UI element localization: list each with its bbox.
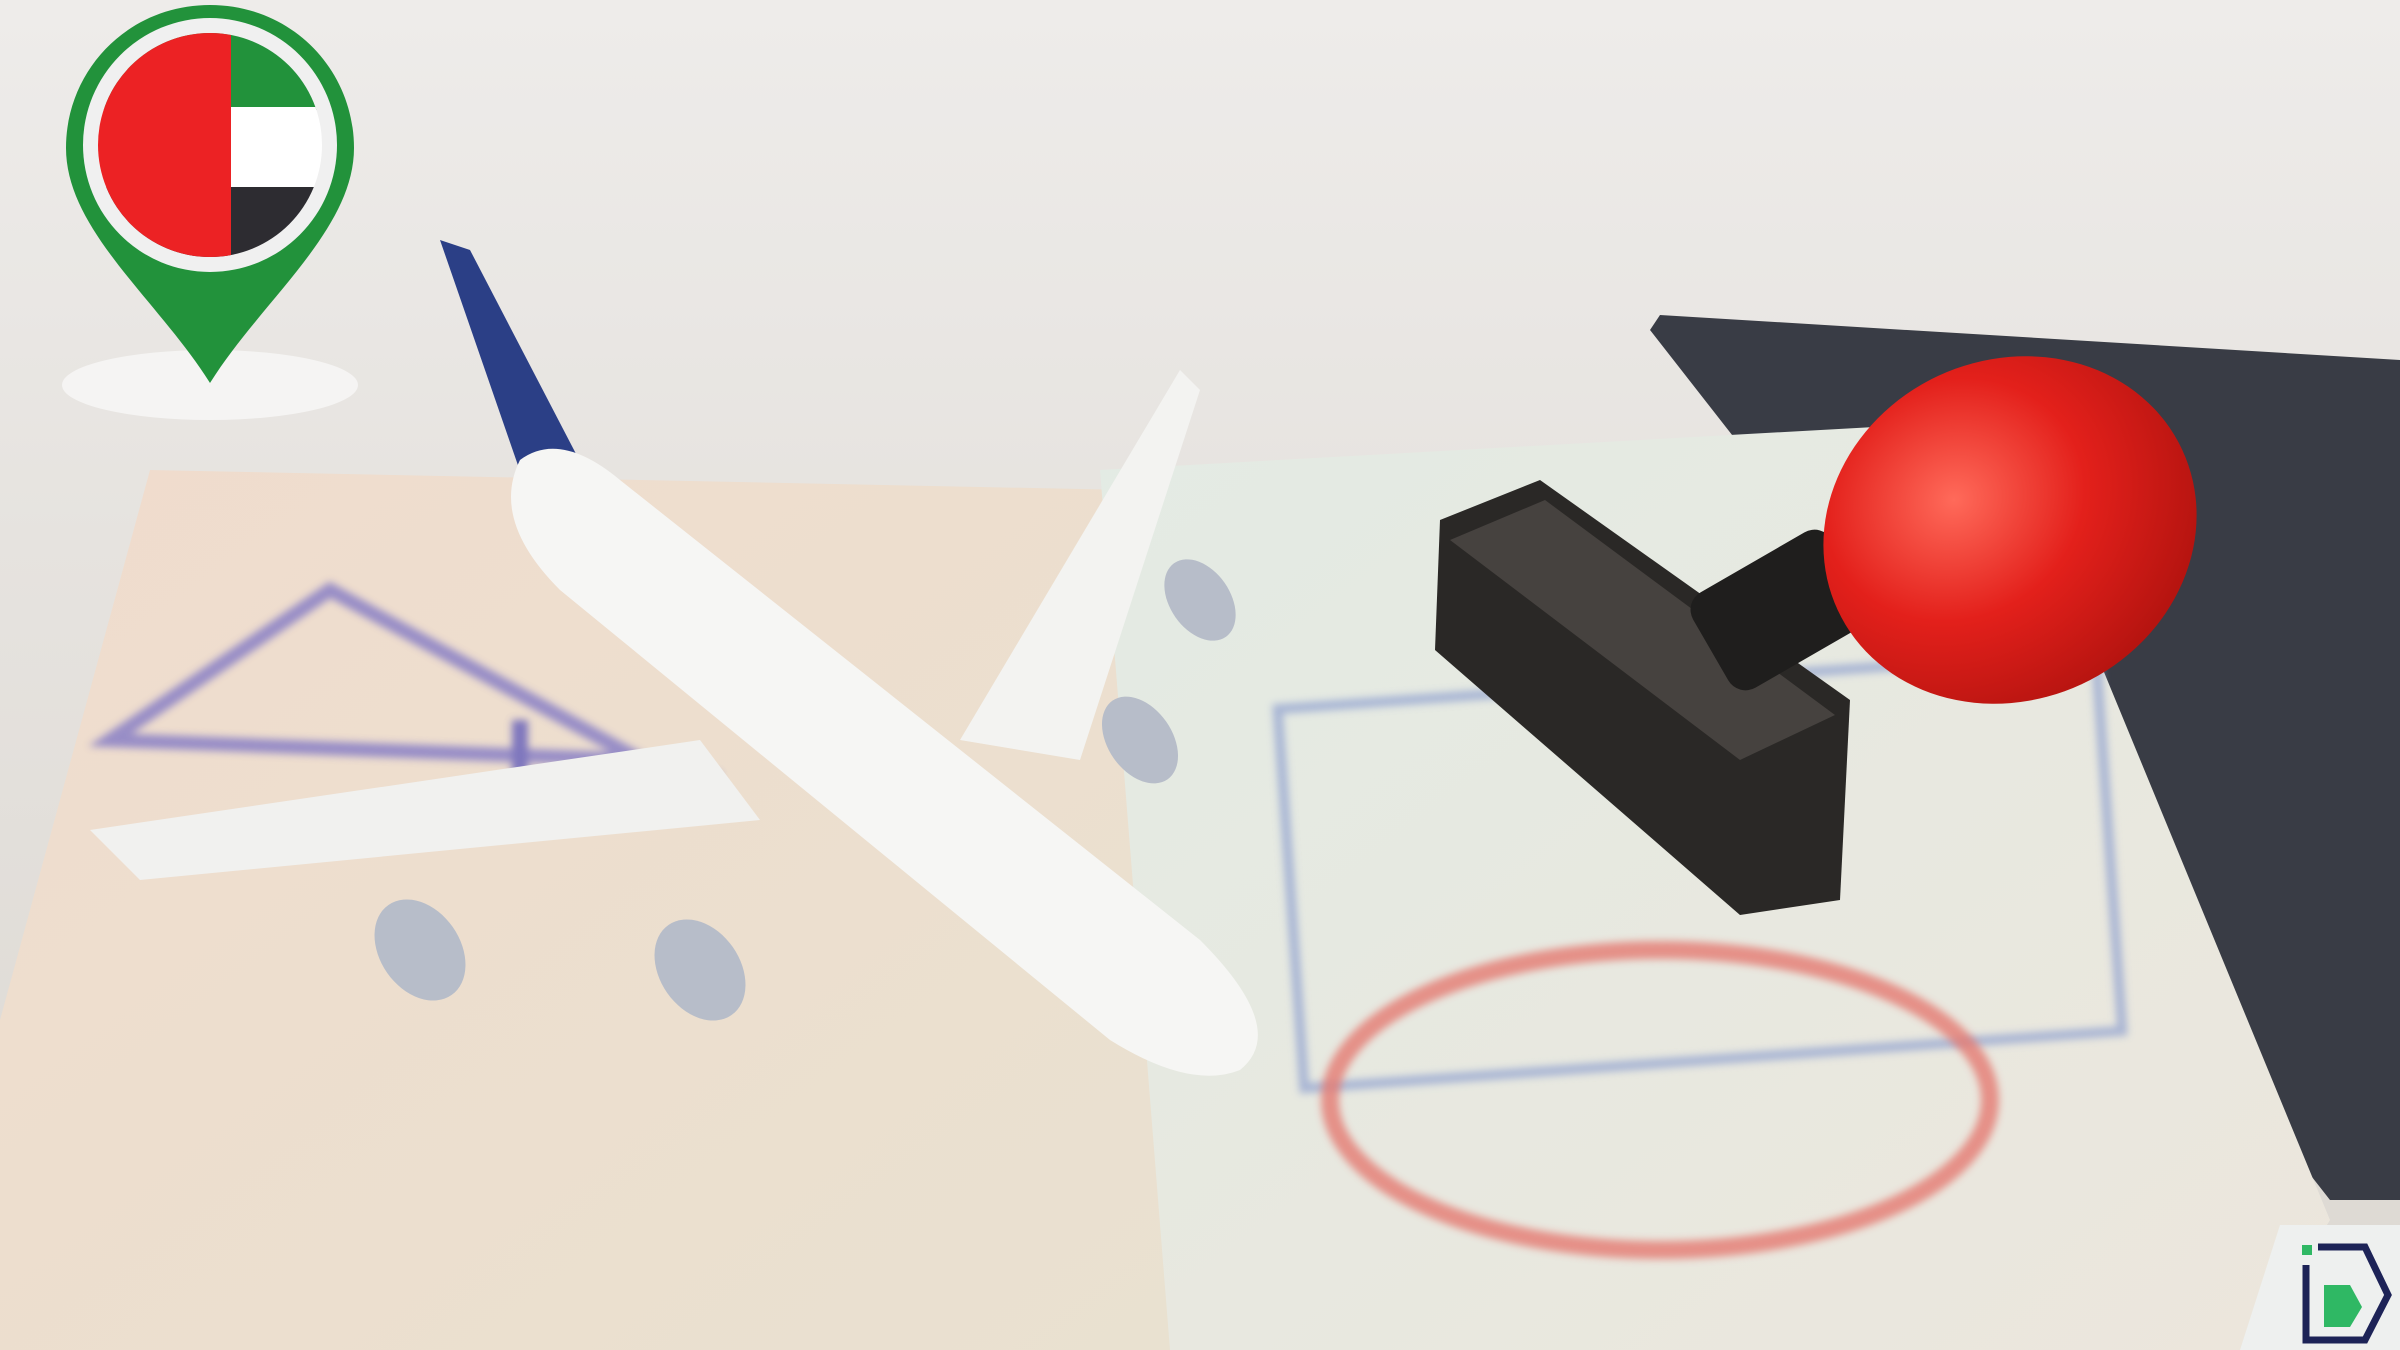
photo-background xyxy=(0,0,2400,1350)
brand-logo-icon xyxy=(2240,1225,2400,1350)
uae-flag-location-pin-icon xyxy=(62,0,358,420)
